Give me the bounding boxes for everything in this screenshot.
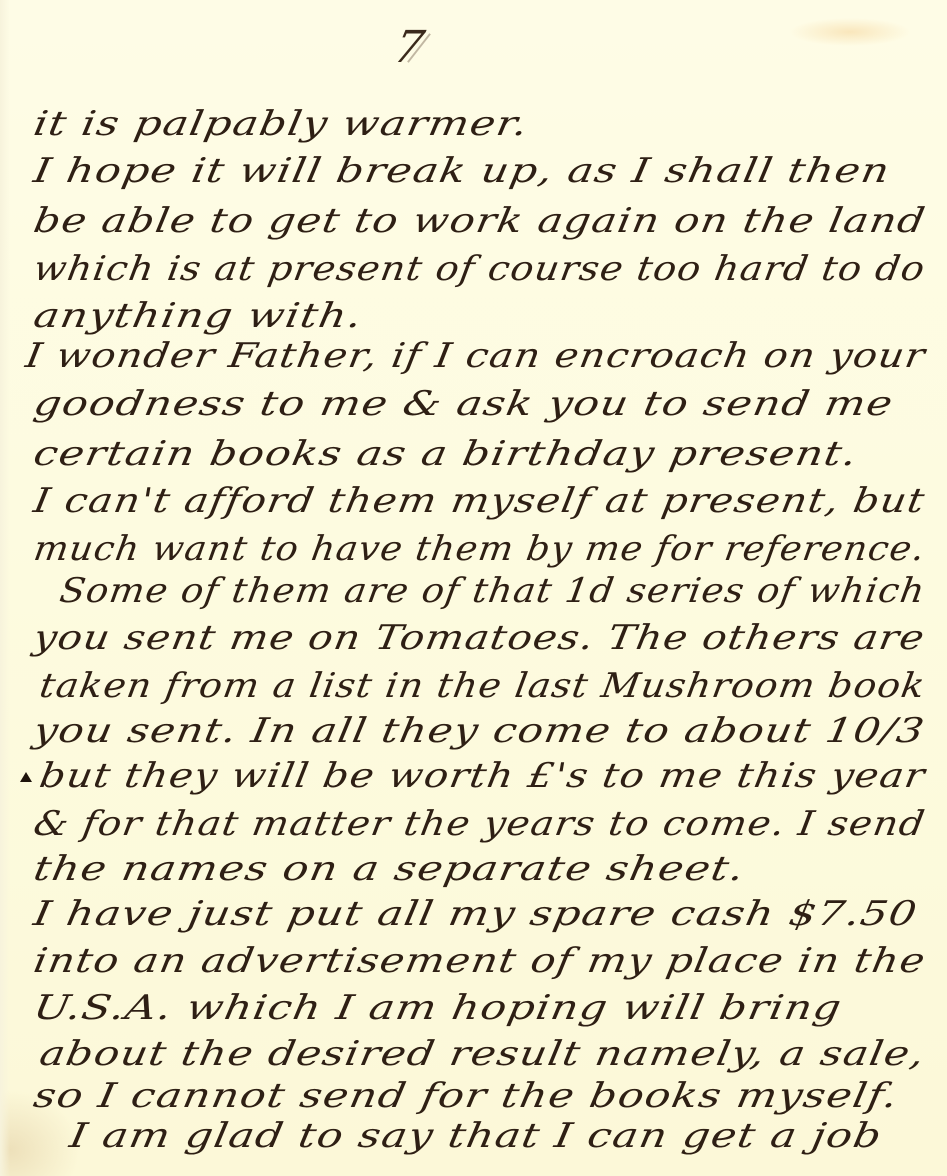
text-line: much want to have them by me for referen… — [31, 529, 928, 569]
text-line: anything with. — [30, 296, 365, 336]
text-line: about the desired result namely, a sale, — [37, 1034, 929, 1074]
text-line: you sent me on Tomatoes. The others are — [31, 618, 928, 658]
page-edge-shading — [0, 0, 10, 1176]
text-line: Some of them are of that 1d series of wh… — [57, 571, 928, 611]
letter-page: 7 it is palpably warmer. I hope it will … — [0, 0, 947, 1176]
text-line: it is palpably warmer. — [30, 104, 531, 144]
margin-ink-mark — [20, 772, 32, 782]
text-line: taken from a list in the last Mushroom b… — [37, 666, 928, 706]
page-number: 7 — [390, 22, 429, 73]
text-line: the names on a separate sheet. — [30, 849, 747, 889]
text-line: but they will be worth £'s to me this ye… — [37, 756, 929, 796]
text-line: I can't afford them myself at present, b… — [31, 481, 929, 521]
text-line: I hope it will break up, as I shall then — [30, 151, 893, 191]
text-line: & for that matter the years to come. I s… — [31, 804, 928, 844]
text-line: so I cannot send for the books myself. — [30, 1076, 901, 1116]
text-line: I have just put all my spare cash $7.50 — [30, 894, 920, 934]
text-line: which is at present of course too hard t… — [31, 249, 928, 289]
text-line: be able to get to work again on the land — [31, 201, 929, 241]
text-line: U.S.A. which I am hoping will bring — [30, 988, 845, 1028]
text-line: certain books as a birthday present. — [30, 434, 860, 474]
text-line: I am glad to say that I can get a job — [66, 1116, 885, 1156]
text-line: goodness to me & ask you to send me — [30, 384, 896, 424]
text-line: into an advertisement of my place in the — [31, 941, 929, 981]
text-line: I wonder Father, if I can encroach on yo… — [23, 336, 929, 376]
text-line: you sent. In all they come to about 10/3 — [31, 711, 928, 751]
